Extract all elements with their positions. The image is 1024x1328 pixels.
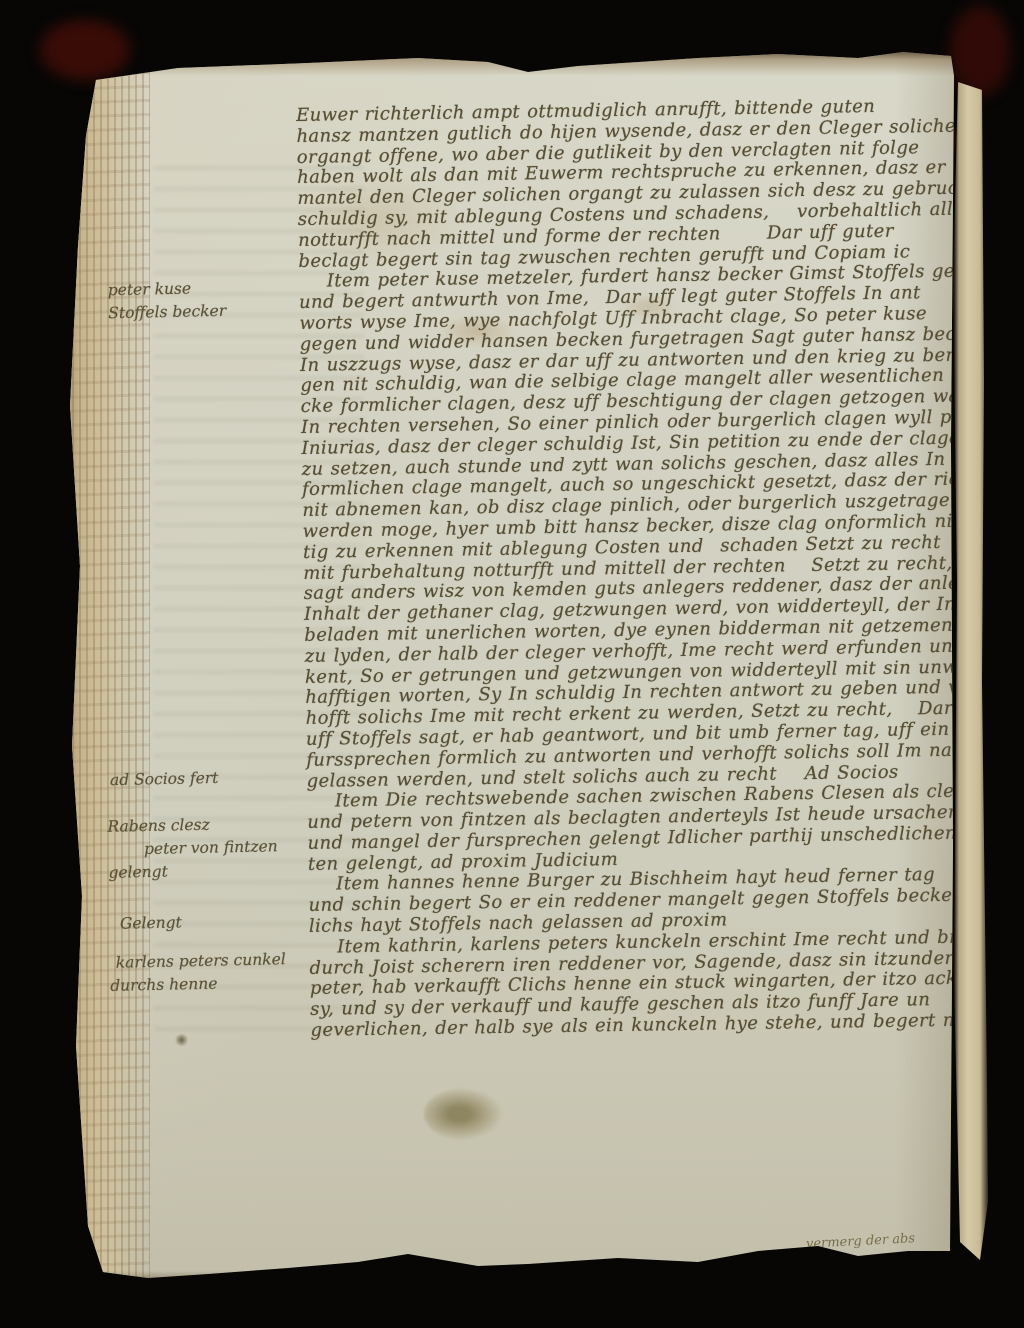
margin-note-line: durchs henne: [110, 971, 286, 998]
photo-background: Euwer richterlich ampt ottmudiglich anru…: [0, 0, 1024, 1328]
margin-note-ad-socios: ad Socios fert: [110, 767, 219, 792]
ink-spot: [174, 1034, 189, 1046]
margin-note-line: peter von fintzen: [108, 835, 278, 862]
page-stack-fore-edge: [58, 46, 150, 1286]
darkened-bottom-edge: [58, 1264, 958, 1286]
margin-note-line: Stoffels becker: [108, 300, 226, 325]
margin-note-karlens: karlens peters cunkeldurchs henne: [110, 948, 287, 998]
adjacent-page-edge: [950, 82, 990, 1260]
margin-note-rabens-fintzen: Rabens cleszpeter von fintzengelengt: [107, 812, 278, 885]
margin-note-line: karlens peters cunkel: [110, 948, 286, 975]
margin-note-line: gelengt: [108, 858, 278, 885]
ghost-ink-mark: [40, 20, 130, 80]
margin-note-line: ad Socios fert: [110, 767, 219, 792]
corner-note: vermerg der abs: [806, 1231, 916, 1252]
margin-note-line: Gelengt: [120, 911, 182, 935]
margin-note-gelengt: Gelengt: [120, 911, 182, 935]
darkened-top-edge: [58, 46, 958, 76]
margin-note-case-parties: peter kuseStoffels becker: [108, 277, 227, 325]
manuscript-page: Euwer richterlich ampt ottmudiglich anru…: [58, 46, 958, 1286]
margin-note-line: peter kuse: [108, 277, 226, 302]
main-text-block: Euwer richterlich ampt ottmudiglich anru…: [296, 95, 983, 1041]
ink-smudge: [424, 1088, 502, 1140]
